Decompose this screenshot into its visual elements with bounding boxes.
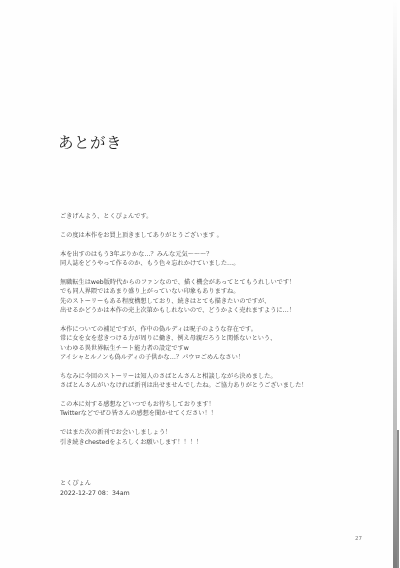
- text-line: 同人誌をどうやって作るのか、もう色々忘れかけていました…。: [60, 259, 360, 268]
- paragraph-feedback: この本に対する感想などいつでもお待ちしております！ Twitterなどでぜひ皆さ…: [60, 400, 360, 419]
- author-name: とくぴょん: [60, 479, 130, 489]
- text-line: 出せるかどうかは本作の売上次第かもしれないので、どうかよく売れますように…！: [60, 306, 360, 315]
- text-line: この度は本作をお買上頂きましてありがとうございます 。: [60, 231, 360, 240]
- paragraph-three-years: 本を出すのはもう3年ぶりかな…？みんな元気～～～？ 同人誌をどうやって作るのか、…: [60, 250, 360, 269]
- paragraph-supplement: 本作についての補足ですが、作中の偽ルディは呪子のような存在です。 常に女を女を惹…: [60, 325, 360, 363]
- text-line: いわゆる異世界転生チート能力者の設定ですw: [60, 344, 360, 353]
- paragraph-greeting: ごきげんよう、とくぴょんです。: [60, 212, 360, 221]
- signature-block: とくぴょん 2022-12-27 08：34am: [60, 479, 130, 498]
- paragraph-mushoku-tensei: 無職転生はweb版時代からのファンなので、描く機会があってとてもうれしいです！ …: [60, 278, 360, 316]
- text-line: さばとんさんがいなければ新刊は出せませんでしたね。ご協力ありがとうございました！: [60, 381, 360, 390]
- text-line: 本を出すのはもう3年ぶりかな…？みんな元気～～～？: [60, 250, 360, 259]
- text-line: この本に対する感想などいつでもお待ちしております！: [60, 400, 360, 409]
- text-line: 無職転生はweb版時代からのファンなので、描く機会があってとてもうれしいです！: [60, 278, 360, 287]
- page-title: あとがき: [58, 131, 122, 153]
- text-line: ごきげんよう、とくぴょんです。: [60, 212, 360, 221]
- scan-edge-dark: [397, 430, 399, 568]
- paragraph-thanks: この度は本作をお買上頂きましてありがとうございます 。: [60, 231, 360, 240]
- page-number: 27: [355, 536, 362, 542]
- text-line: 先のストーリーもある程度構想しており、続きはとても描きたいのですが、: [60, 297, 360, 306]
- timestamp: 2022-12-27 08：34am: [60, 489, 130, 499]
- text-line: ではまた次の新刊でお会いしましょう！: [60, 428, 360, 437]
- text-line: でも同人界隈ではあまり盛り上がっていない印象もありますね。: [60, 287, 360, 296]
- document-page: あとがき ごきげんよう、とくぴょんです。 この度は本作をお買上頂きましてありがと…: [0, 0, 400, 568]
- text-line: Twitterなどでぜひ皆さんの感想を聞かせてください！！: [60, 409, 360, 418]
- text-line: アイシャとルノンも偽ルディの子供かな…？パウロごめんなさい！: [60, 353, 360, 362]
- paragraph-story-credit: ちなみに今回のストーリーは知人のさばとんさんと相談しながら決めました。 さばとん…: [60, 372, 360, 391]
- paragraph-farewell: ではまた次の新刊でお会いしましょう！ 引き続きchestedをよろしくお願いしま…: [60, 428, 360, 447]
- afterword-body: ごきげんよう、とくぴょんです。 この度は本作をお買上頂きましてありがとうございま…: [60, 212, 360, 456]
- text-line: 本作についての補足ですが、作中の偽ルディは呪子のような存在です。: [60, 325, 360, 334]
- text-line: ちなみに今回のストーリーは知人のさばとんさんと相談しながら決めました。: [60, 372, 360, 381]
- text-line: 常に女を女を惹きつける力が周りに働き、例え母親だろうと関係ないという、: [60, 334, 360, 343]
- text-line: 引き続きchestedをよろしくお願いします！！！！: [60, 438, 360, 447]
